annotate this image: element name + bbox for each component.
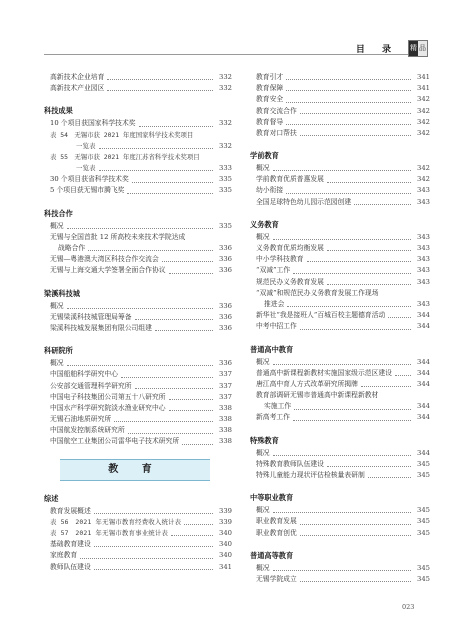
dot-leader [294, 409, 411, 410]
toc-page-number: 345 [414, 574, 430, 585]
toc-entry[interactable]: 推进会343 [250, 299, 430, 310]
toc-entry[interactable]: 表 56 2021 年无锡市教育经费收入统计表339 [44, 517, 232, 528]
dot-leader [135, 388, 213, 389]
toc-section-title[interactable]: 普通高中教育 [250, 344, 430, 356]
toc-entry[interactable]: 全国足球特色幼儿园示范园创建343 [250, 197, 430, 208]
toc-entry-text: 新华社“我是接班人”百城百校主题德育活动 [256, 310, 385, 321]
logo-char-1: 精 [409, 41, 418, 56]
dot-leader [169, 273, 213, 274]
dot-leader [368, 477, 411, 478]
toc-entry-text: 无锡—粤港澳大湾区科技合作交流会 [50, 254, 159, 265]
toc-page-number: 339 [216, 517, 232, 528]
toc-entry[interactable]: 30 个项目获省科学技术奖335 [44, 174, 232, 185]
toc-entry-text: 概况 [256, 357, 270, 368]
toc-entry-text: 概况 [256, 448, 270, 459]
toc-entry-text: 中国航发控制系统研究所 [50, 425, 125, 436]
toc-entry-text: 概况 [256, 232, 270, 243]
dot-leader [169, 410, 213, 411]
toc-page-number: 339 [216, 506, 232, 517]
dot-leader [169, 399, 213, 400]
page-number: 023 [402, 603, 414, 611]
toc-page-number: 336 [216, 243, 232, 254]
dot-leader [132, 182, 213, 183]
toc-entry[interactable]: 特殊教育教师队伍建设345 [250, 459, 430, 470]
toc-entry[interactable]: 职业教育创优345 [250, 528, 430, 539]
toc-entry-text: 教育部调研无锡市普通高中新课程新教材 [250, 390, 430, 401]
dot-leader [171, 535, 213, 536]
toc-entry[interactable]: 中国水产科学研究院淡水渔业研究中心338 [44, 403, 232, 414]
dot-leader [67, 308, 213, 309]
toc-entry[interactable]: 中国电子科技集团公司第五十八研究所337 [44, 392, 232, 403]
toc-page-number: 345 [414, 516, 430, 527]
toc-entry[interactable]: 概况344 [250, 357, 430, 368]
toc-page-number: 344 [414, 448, 430, 459]
toc-entry[interactable]: 战略合作336 [44, 243, 232, 254]
dot-leader [67, 365, 213, 366]
toc-section: 梁溪科技城概况336无锡梁溪科技城管理局筹备336梁溪科技城发展集团有限公司组建… [44, 288, 232, 335]
toc-entry-text: 学前教育优质普惠发展 [256, 174, 324, 185]
toc-entry[interactable]: 概况336 [44, 358, 232, 369]
toc-section: 综述教育发展概述339表 56 2021 年无锡市教育经费收入统计表339表 5… [44, 493, 232, 573]
publication-logo-icon: 精 品 [408, 40, 428, 57]
toc-page-number: 337 [216, 392, 232, 403]
toc-page-number: 332 [216, 72, 232, 83]
toc-entry-text: 高新技术产业园区 [50, 83, 104, 94]
toc-entry[interactable]: 概况342 [250, 163, 430, 174]
toc-entry-text: 中小学科技教育 [256, 254, 304, 265]
toc-entry[interactable]: 家庭教育340 [44, 550, 232, 561]
toc-entry-text: 无锡学院成立 [256, 574, 297, 585]
toc-page-number: 335 [216, 185, 232, 196]
toc-page-number: 338 [216, 414, 232, 425]
toc-entry[interactable]: 概况343 [250, 232, 430, 243]
toc-page-number: 344 [414, 412, 430, 423]
toc-page-number: 343 [414, 185, 430, 196]
dot-leader [327, 466, 411, 467]
toc-entry[interactable]: 教育发展概述339 [44, 506, 232, 517]
toc-page-number: 345 [414, 459, 430, 470]
toc-entry-text: 新高考工作 [256, 412, 290, 423]
toc-page-number: 340 [216, 550, 232, 561]
toc-right-column: 教育引才341教育保障341教育安全342教育交流合作342教育督导342教育对… [250, 72, 430, 596]
dot-leader [361, 386, 411, 387]
toc-entry-text: 职业教育创优 [256, 528, 297, 539]
dot-leader [300, 329, 411, 330]
toc-section: 科技合作概况335无锡与全国首批 12 所高校未来技术学院达成战略合作336无锡… [44, 208, 232, 277]
toc-page-number: 336 [216, 265, 232, 276]
toc-entry-text: “双减”和规范民办义务教育发展工作现场 [250, 288, 430, 299]
toc-section-title[interactable]: 梁溪科技城 [44, 288, 232, 300]
toc-entry[interactable]: 公安部交通管理科学研究所337 [44, 381, 232, 392]
dot-leader [388, 317, 411, 318]
toc-entry[interactable]: 新高考工作344 [250, 413, 430, 424]
toc-page-number: 336 [216, 301, 232, 312]
toc-entry-text: 全国足球特色幼儿园示范园创建 [256, 197, 351, 208]
toc-entry[interactable]: 学前教育优质普惠发展342 [250, 174, 430, 185]
toc-entry[interactable]: 教育交流合作342 [250, 106, 430, 117]
toc-entry[interactable]: 无锡学院成立345 [250, 574, 430, 585]
dot-leader [293, 273, 411, 274]
toc-entry-continuation: 一览表 [76, 163, 96, 174]
toc-entry-continuation: 战略合作 [58, 243, 85, 254]
toc-entry-text: 唐江高中育人方式改革研究所揭牌 [256, 379, 358, 390]
toc-page-number: 338 [216, 403, 232, 414]
dot-leader [286, 102, 411, 103]
toc-page-number: 344 [414, 357, 430, 368]
toc-entry-text: 中国船舶科学研究中心 [50, 369, 118, 380]
dot-leader [354, 204, 411, 205]
dot-leader [107, 90, 213, 91]
dot-leader [273, 170, 411, 171]
toc-section: 普通高中教育概况344普通高中新课程新教材实施国家级示范区建设344唐江高中育人… [250, 344, 430, 424]
toc-page-number: 343 [414, 232, 430, 243]
toc-entry-continuation: 实施工作 [264, 401, 291, 412]
toc-entry-text: 特殊教育教师队伍建设 [256, 459, 324, 470]
toc-entry-text: 教育督导 [256, 117, 283, 128]
dot-leader [293, 420, 411, 421]
toc-entry-text: 教育对口帮扶 [256, 128, 297, 139]
dot-leader [327, 182, 411, 183]
dot-leader [135, 319, 213, 320]
toc-page-number: 344 [414, 310, 430, 321]
toc-entry-text: 普通高中新课程新教材实施国家级示范区建设 [256, 368, 392, 379]
toc-page-number: 336 [216, 254, 232, 265]
toc-entry-text: 高新技术企业培育 [50, 72, 104, 83]
dot-leader [99, 170, 213, 171]
toc-entry[interactable]: 无锡与上海交通大学签署全面合作协议336 [44, 265, 232, 276]
toc-entry-continuation: 推进会 [264, 299, 284, 310]
toc-entry-text: 5 个项目获无锡市腾飞奖 [50, 185, 124, 196]
toc-entry-text: 教育安全 [256, 94, 283, 105]
toc-entry[interactable]: 高新技术企业培育332 [44, 72, 232, 83]
toc-page-number: 343 [414, 299, 430, 310]
toc-page-number: 343 [414, 265, 430, 276]
toc-entry-text: 教师队伍建设 [50, 562, 91, 573]
dot-leader [114, 421, 213, 422]
toc-page-number: 342 [414, 94, 430, 105]
toc-page-number: 345 [414, 563, 430, 574]
dot-leader [286, 193, 411, 194]
toc-page-number: 337 [216, 381, 232, 392]
toc-entry-text: 梁溪科技城发展集团有限公司组建 [50, 323, 152, 334]
dot-leader [273, 455, 411, 456]
toc-entry[interactable]: 表 57 2021 年无锡市教育事业统计表340 [44, 528, 232, 539]
toc-entry[interactable]: 10 个项目获国家科学技术奖332 [44, 118, 232, 129]
toc-entry-text: 表 55 无锡市获 2021 年度江苏省科学技术奖项目 [44, 152, 232, 163]
dot-leader [300, 135, 411, 136]
toc-entry[interactable]: 实施工作344 [250, 401, 430, 412]
toc-page-number: 335 [216, 221, 232, 232]
toc-entry-text: 中考中招工作 [256, 321, 297, 332]
toc-section: 特殊教育概况344特殊教育教师队伍建设345特殊儿童能力现状评估检核量表研制34… [250, 435, 430, 482]
dot-leader [67, 228, 213, 229]
dot-leader [300, 113, 411, 114]
toc-page-number: 342 [414, 128, 430, 139]
toc-entry[interactable]: 中国航发控制系统研究所338 [44, 425, 232, 436]
toc-entry[interactable]: 基础教育建设340 [44, 539, 232, 550]
toc-section-title[interactable]: 科技合作 [44, 208, 232, 220]
dot-leader [99, 148, 213, 149]
dot-leader [127, 193, 213, 194]
toc-page-number: 336 [216, 358, 232, 369]
toc-entry[interactable]: 概况336 [44, 301, 232, 312]
toc-entry-text: 概况 [256, 563, 270, 574]
toc-entry-text: 概况 [50, 221, 64, 232]
dot-leader [300, 524, 411, 525]
toc-page-number: 332 [216, 83, 232, 94]
toc-page-number: 345 [414, 528, 430, 539]
toc-entry-text: 教育保障 [256, 83, 283, 94]
toc-section: 中等职业教育概况345职业教育发展345职业教育创优345 [250, 492, 430, 539]
toc-section-title[interactable]: 义务教育 [250, 219, 430, 231]
toc-entry-text: 教育发展概述 [50, 506, 91, 517]
toc-page-number: 340 [216, 528, 232, 539]
toc-entry[interactable]: 教育保障341 [250, 83, 430, 94]
toc-section-title[interactable]: 学前教育 [250, 150, 430, 162]
toc-section-title[interactable]: 科技成果 [44, 105, 232, 117]
toc-page-number: 338 [216, 436, 232, 447]
toc-entry[interactable]: 概况345 [250, 505, 430, 516]
dot-leader [307, 261, 411, 262]
toc-entry[interactable]: 概况335 [44, 221, 232, 232]
chapter-band-education[interactable]: 教 育 [60, 459, 210, 481]
toc-continued-entries: 教育引才341教育保障341教育安全342教育交流合作342教育督导342教育对… [250, 72, 430, 139]
toc-entry-text: 无锡梁溪科技城管理局筹备 [50, 312, 132, 323]
toc-page-number: 332 [216, 141, 232, 152]
toc-page-number: 345 [414, 505, 430, 516]
toc-entry-text: 概况 [256, 163, 270, 174]
toc-page-number: 335 [216, 174, 232, 185]
toc-entry[interactable]: “双减”工作343 [250, 265, 430, 276]
toc-entry[interactable]: 一览表333 [44, 163, 232, 174]
toc-entry-text: 职业教育发展 [256, 516, 297, 527]
toc-entry-continuation: 一览表 [76, 141, 96, 152]
toc-section-title[interactable]: 中等职业教育 [250, 492, 430, 504]
toc-page-number: 344 [414, 401, 430, 412]
toc-entry-text: 家庭教育 [50, 550, 77, 561]
toc-section: 义务教育概况343义务教育优质均衡发展343中小学科技教育343“双减”工作34… [250, 219, 430, 333]
toc-entry[interactable]: 新华社“我是接班人”百城百校主题德育活动344 [250, 310, 430, 321]
toc-entry-text: 表 57 2021 年无锡市教育事业统计表 [50, 528, 168, 539]
toc-page-number: 344 [414, 379, 430, 390]
dot-leader [128, 433, 213, 434]
toc-entry[interactable]: 高新技术产业园区332 [44, 83, 232, 94]
toc-page-number: 343 [414, 277, 430, 288]
toc-entry[interactable]: 中小学科技教育343 [250, 254, 430, 265]
dot-leader [273, 512, 411, 513]
toc-entry-text: 30 个项目获省科学技术奖 [50, 174, 129, 185]
toc-entry[interactable]: 幼小衔接343 [250, 186, 430, 197]
toc-page-number: 343 [414, 254, 430, 265]
toc-page-number: 344 [414, 321, 430, 332]
toc-entry[interactable]: 概况344 [250, 448, 430, 459]
dot-leader [162, 261, 213, 262]
toc-page-number: 341 [414, 72, 430, 83]
dot-leader [139, 126, 213, 127]
toc-entry[interactable]: 5 个项目获无锡市腾飞奖335 [44, 186, 232, 197]
toc-entry[interactable]: 规范民办义务教育发展343 [250, 277, 430, 288]
toc-entry-text: “双减”工作 [256, 265, 290, 276]
toc-entry[interactable]: 中国船舶科学研究中心337 [44, 369, 232, 380]
toc-section-title[interactable]: 科研院所 [44, 345, 232, 357]
header-title: 目 录 [356, 42, 398, 55]
toc-page-number: 342 [414, 163, 430, 174]
toc-page-number: 337 [216, 369, 232, 380]
dot-leader [287, 306, 411, 307]
toc-entry[interactable]: 职业教育发展345 [250, 516, 430, 527]
dot-leader [300, 581, 411, 582]
dot-leader [395, 375, 411, 376]
toc-entry-text: 中国航空工业集团公司雷华电子技术研究所 [50, 436, 179, 447]
toc-entry-text: 表 54 无锡市获 2021 年度国家科学技术奖项目 [44, 130, 232, 141]
toc-page-number: 342 [414, 106, 430, 117]
toc-page-number: 332 [216, 118, 232, 129]
toc-page-number: 343 [414, 243, 430, 254]
toc-entry-text: 概况 [256, 505, 270, 516]
toc-entry-text: 10 个项目获国家科学技术奖 [50, 118, 136, 129]
toc-entry[interactable]: 教育引才341 [250, 72, 430, 83]
toc-entry-text: 概况 [50, 358, 64, 369]
toc-page-number: 341 [414, 83, 430, 94]
toc-page-number: 338 [216, 425, 232, 436]
dot-leader [300, 535, 411, 536]
toc-continued-entries: 高新技术企业培育332高新技术产业园区332 [44, 72, 232, 94]
toc-entry[interactable]: 无锡—粤港澳大湾区科技合作交流会336 [44, 254, 232, 265]
toc-page-number: 345 [414, 470, 430, 481]
dot-leader [121, 377, 213, 378]
running-header: 目 录 [44, 36, 424, 55]
toc-entry[interactable]: 教育督导342 [250, 117, 430, 128]
toc-entry[interactable]: 特殊儿童能力现状评估检核量表研制345 [250, 470, 430, 481]
toc-page-number: 341 [216, 562, 232, 573]
toc-section: 科技成果10 个项目获国家科学技术奖332表 54 无锡市获 2021 年度国家… [44, 105, 232, 196]
dot-leader [80, 558, 213, 559]
toc-entry-text: 概况 [50, 301, 64, 312]
toc-page-number: 343 [414, 197, 430, 208]
toc-entry-text: 无锡与全国首批 12 所高校未来技术学院达成 [44, 232, 232, 243]
toc-entry[interactable]: 概况345 [250, 563, 430, 574]
toc-entry[interactable]: 中国航空工业集团公司雷华电子技术研究所338 [44, 437, 232, 448]
toc-entry-text: 公安部交通管理科学研究所 [50, 381, 132, 392]
toc-page-number: 333 [216, 163, 232, 174]
dot-leader [327, 284, 411, 285]
toc-page-number: 342 [414, 117, 430, 128]
dot-leader [94, 513, 213, 514]
toc-page-number: 340 [216, 539, 232, 550]
dot-leader [155, 330, 213, 331]
dot-leader [273, 239, 411, 240]
logo-char-2: 品 [418, 41, 427, 56]
dot-leader [273, 570, 411, 571]
dot-leader [273, 364, 411, 365]
toc-section-title[interactable]: 普通高等教育 [250, 550, 430, 562]
toc-entry-text: 特殊儿童能力现状评估检核量表研制 [256, 470, 365, 481]
toc-entry[interactable]: 梁溪科技城发展集团有限公司组建336 [44, 323, 232, 334]
dot-leader [286, 90, 411, 91]
dot-leader [184, 524, 213, 525]
dot-leader [327, 250, 411, 251]
toc-entry[interactable]: 义务教育优质均衡发展343 [250, 243, 430, 254]
toc-entry-text: 中国电子科技集团公司第五十八研究所 [50, 392, 166, 403]
toc-entry-text: 无锡石油地质研究所 [50, 414, 111, 425]
toc-entry-text: 幼小衔接 [256, 185, 283, 196]
toc-entry[interactable]: 教师队伍建设341 [44, 562, 232, 573]
toc-entry-text: 基础教育建设 [50, 539, 91, 550]
dot-leader [94, 546, 213, 547]
toc-entry[interactable]: 普通高中新课程新教材实施国家级示范区建设344 [250, 368, 430, 379]
toc-page-number: 344 [414, 368, 430, 379]
toc-entry-text: 义务教育优质均衡发展 [256, 243, 324, 254]
toc-entry[interactable]: 教育对口帮扶342 [250, 128, 430, 139]
toc-section: 学前教育概况342学前教育优质普惠发展342幼小衔接343全国足球特色幼儿园示范… [250, 150, 430, 208]
toc-entry-text: 教育交流合作 [256, 106, 297, 117]
toc-page-number: 336 [216, 312, 232, 323]
toc-entry[interactable]: 唐江高中育人方式改革研究所揭牌344 [250, 379, 430, 390]
dot-leader [182, 444, 213, 445]
toc-entry-text: 中国水产科学研究院淡水渔业研究中心 [50, 403, 166, 414]
toc-page-number: 336 [216, 323, 232, 334]
toc-entry[interactable]: 中考中招工作344 [250, 321, 430, 332]
toc-section-title[interactable]: 综述 [44, 493, 232, 505]
toc-entry-text: 表 56 2021 年无锡市教育经费收入统计表 [50, 517, 181, 528]
toc-entry-text: 教育引才 [256, 72, 283, 83]
toc-page-number: 342 [414, 174, 430, 185]
toc-entry[interactable]: 无锡石油地质研究所338 [44, 414, 232, 425]
toc-entry-text: 无锡与上海交通大学签署全面合作协议 [50, 265, 166, 276]
toc-entry[interactable]: 教育安全342 [250, 94, 430, 105]
toc-section: 普通高等教育概况345无锡学院成立345 [250, 550, 430, 585]
toc-entry[interactable]: 无锡梁溪科技城管理局筹备336 [44, 312, 232, 323]
dot-leader [107, 79, 213, 80]
dot-leader [88, 250, 213, 251]
toc-entry[interactable]: 一览表332 [44, 141, 232, 152]
toc-section-title[interactable]: 特殊教育 [250, 435, 430, 447]
dot-leader [286, 124, 411, 125]
toc-entry-text: 规范民办义务教育发展 [256, 277, 324, 288]
dot-leader [94, 569, 213, 570]
toc-section: 科研院所概况336中国船舶科学研究中心337公安部交通管理科学研究所337中国电… [44, 345, 232, 448]
toc-left-column: 高新技术企业培育332高新技术产业园区332科技成果10 个项目获国家科学技术奖… [44, 72, 232, 584]
dot-leader [286, 79, 411, 80]
